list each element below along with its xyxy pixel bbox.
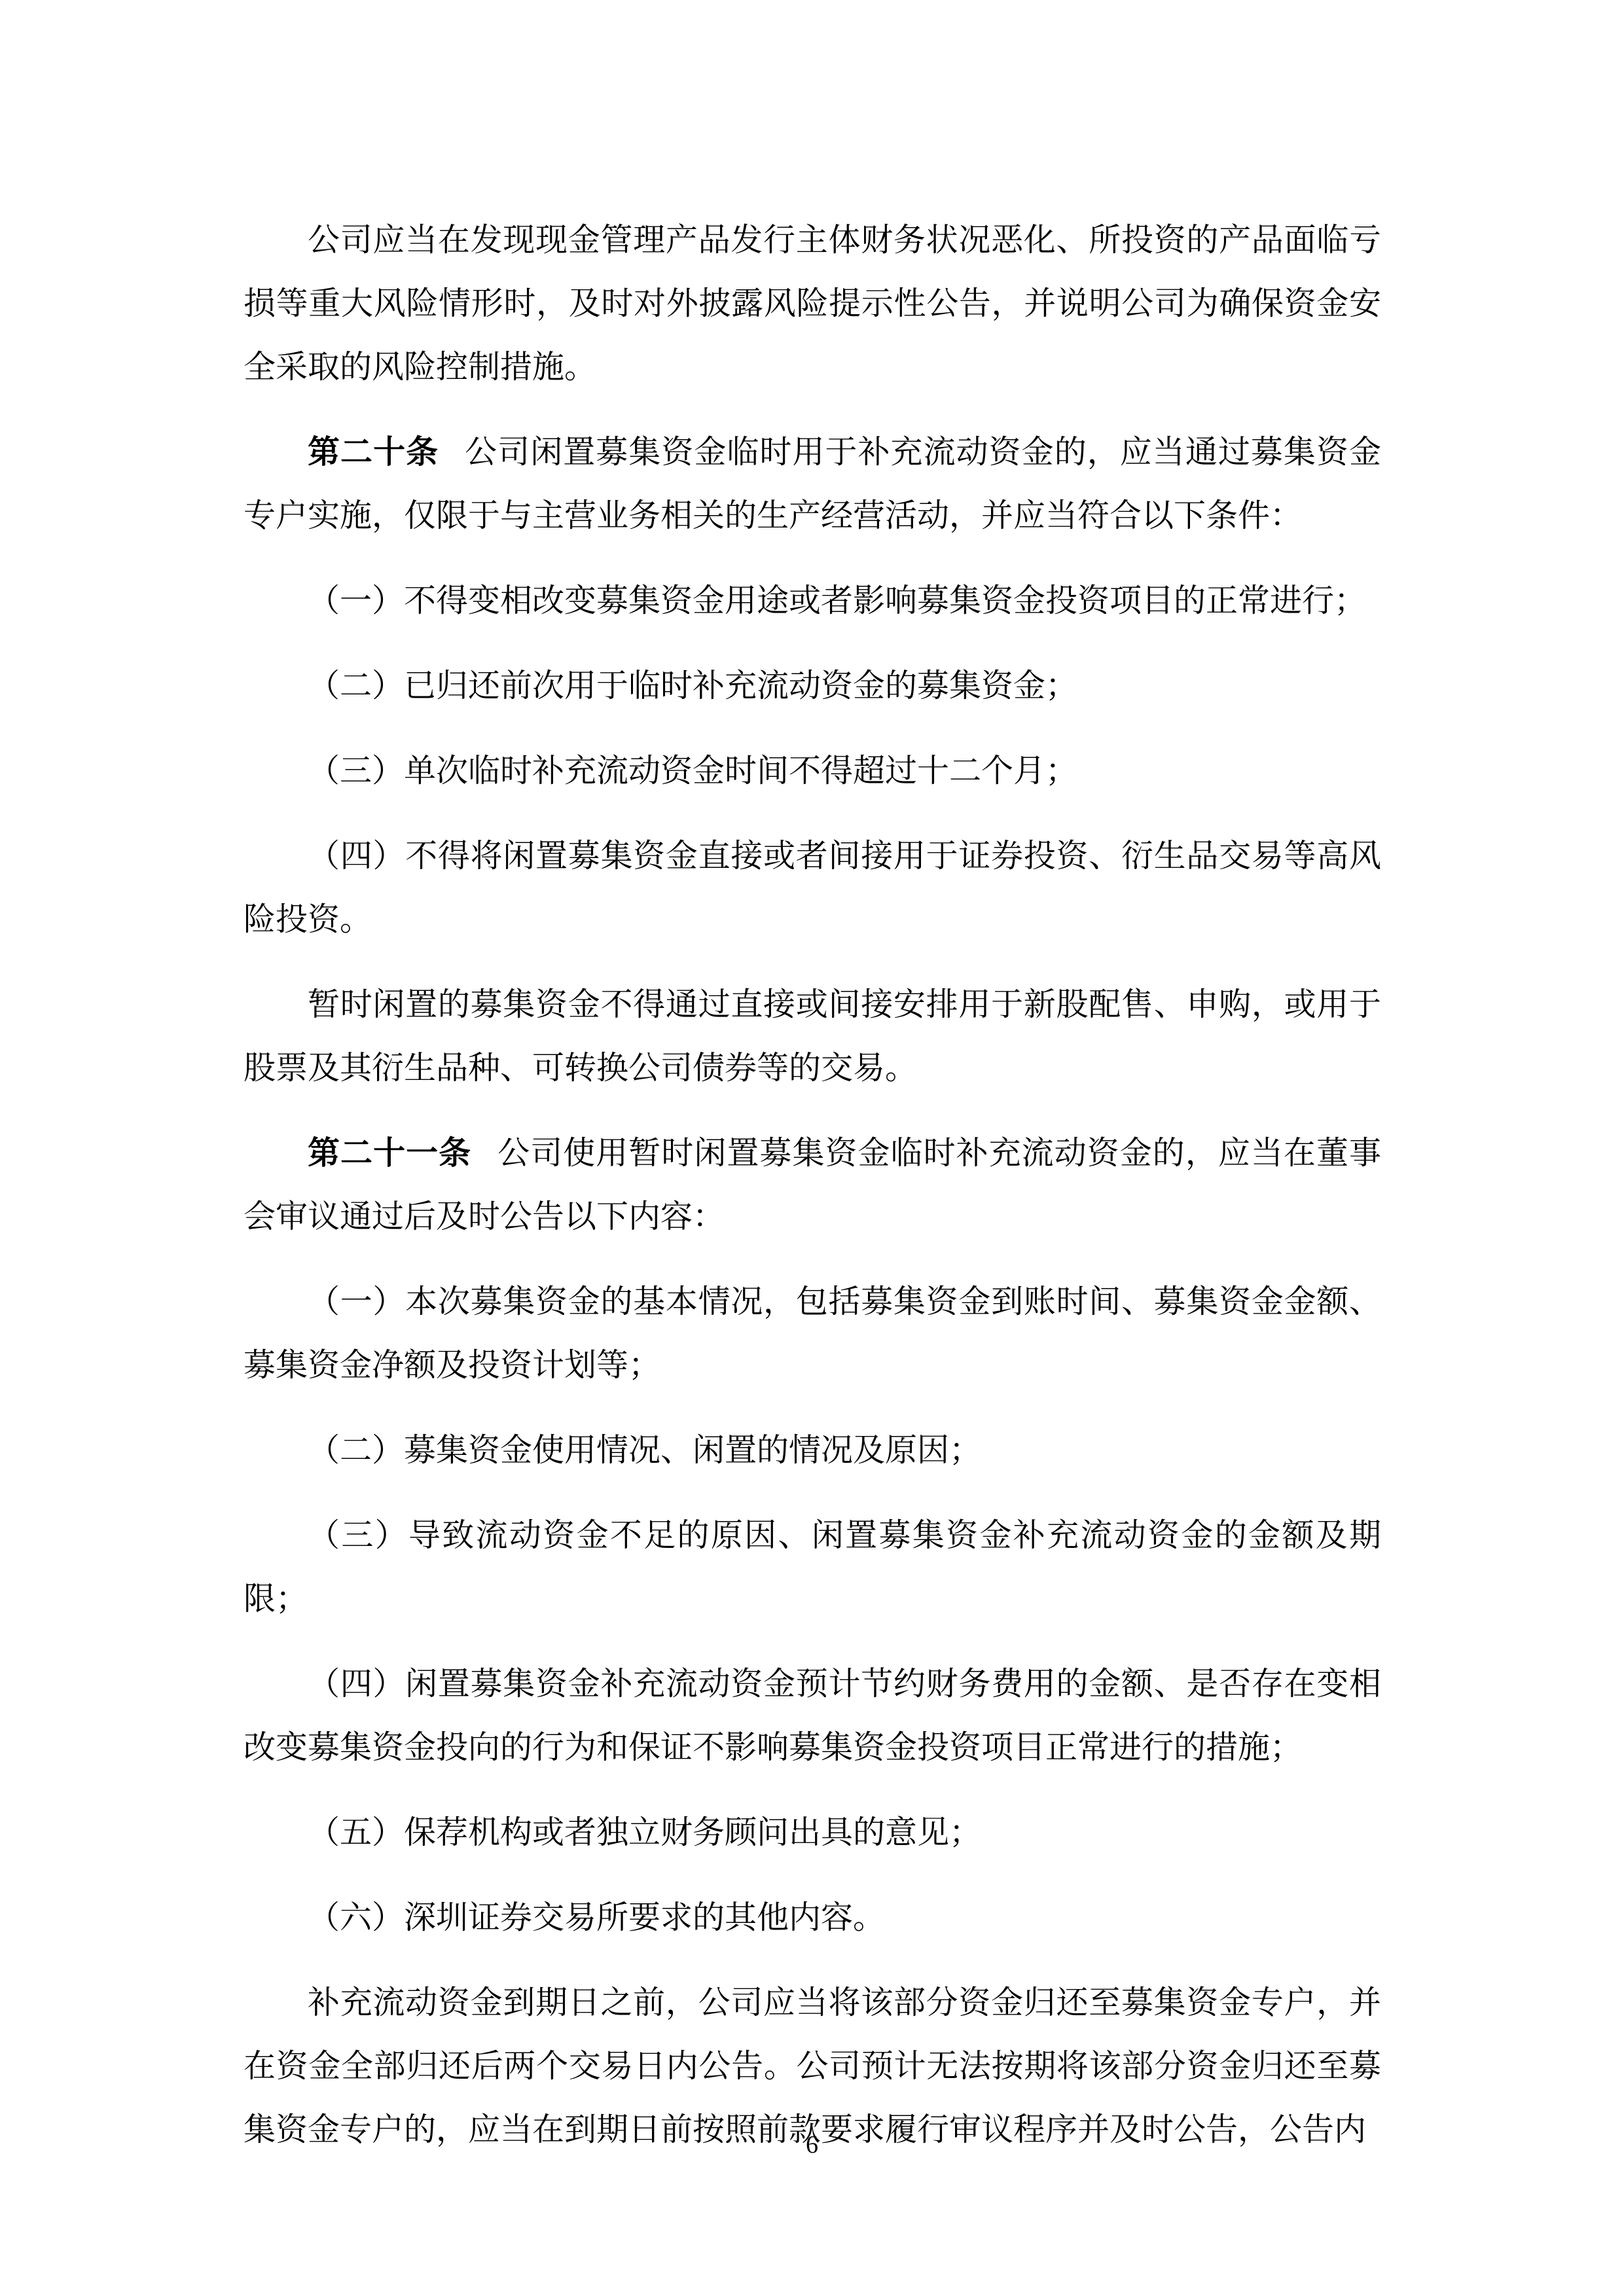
- item-text: （四）闲置募集资金补充流动资金预计节约财务费用的金额、是否存在变相改变募集资金投…: [244, 1665, 1381, 1766]
- article-21-item-1: （一）本次募集资金的基本情况，包括募集资金到账时间、募集资金金额、募集资金净额及…: [244, 1270, 1381, 1397]
- article-20-item-1: （一）不得变相改变募集资金用途或者影响募集资金投资项目的正常进行；: [244, 569, 1381, 632]
- article-21-item-4: （四）闲置募集资金补充流动资金预计节约财务费用的金额、是否存在变相改变募集资金投…: [244, 1652, 1381, 1779]
- article-21-item-3: （三）导致流动资金不足的原因、闲置募集资金补充流动资金的金额及期限；: [244, 1503, 1381, 1630]
- paragraph-text: 暂时闲置的募集资金不得通过直接或间接安排用于新股配售、申购，或用于股票及其衍生品…: [244, 986, 1381, 1086]
- document-page: 公司应当在发现现金管理产品发行主体财务状况恶化、所投资的产品面临亏损等重大风险情…: [244, 208, 1381, 2183]
- article-21-item-5: （五）保荐机构或者独立财务顾问出具的意见；: [244, 1801, 1381, 1864]
- article-20-item-4: （四）不得将闲置募集资金直接或者间接用于证券投资、衍生品交易等高风险投资。: [244, 824, 1381, 951]
- item-text: （二）已归还前次用于临时补充流动资金的募集资金；: [308, 667, 1077, 704]
- paragraph-text: 公司应当在发现现金管理产品发行主体财务状况恶化、所投资的产品面临亏损等重大风险情…: [244, 221, 1381, 386]
- article-label: 第二十条: [308, 433, 439, 471]
- article-21-item-2: （二）募集资金使用情况、闲置的情况及原因；: [244, 1418, 1381, 1482]
- article-20-item-2: （二）已归还前次用于临时补充流动资金的募集资金；: [244, 654, 1381, 717]
- item-text: （二）募集资金使用情况、闲置的情况及原因；: [308, 1431, 981, 1469]
- item-text: （一）本次募集资金的基本情况，包括募集资金到账时间、募集资金金额、募集资金净额及…: [244, 1283, 1381, 1384]
- item-text: （六）深圳证券交易所要求的其他内容。: [308, 1899, 885, 1936]
- article-21: 第二十一条公司使用暂时闲置募集资金临时补充流动资金的，应当在董事会审议通过后及时…: [244, 1121, 1381, 1248]
- paragraph-text: 补充流动资金到期日之前，公司应当将该部分资金归还至募集资金专户，并在资金全部归还…: [244, 1984, 1381, 2148]
- item-text: （一）不得变相改变募集资金用途或者影响募集资金投资项目的正常进行；: [308, 582, 1366, 619]
- article-20: 第二十条公司闲置募集资金临时用于补充流动资金的，应当通过募集资金专户实施，仅限于…: [244, 420, 1381, 547]
- paragraph-risk-disclosure: 公司应当在发现现金管理产品发行主体财务状况恶化、所投资的产品面临亏损等重大风险情…: [244, 208, 1381, 399]
- item-text: （三）导致流动资金不足的原因、闲置募集资金补充流动资金的金额及期限；: [244, 1516, 1381, 1617]
- article-label: 第二十一条: [308, 1134, 471, 1172]
- article-21-item-6: （六）深圳证券交易所要求的其他内容。: [244, 1886, 1381, 1949]
- item-text: （五）保荐机构或者独立财务顾问出具的意见；: [308, 1814, 981, 1851]
- article-20-item-3: （三）单次临时补充流动资金时间不得超过十二个月；: [244, 739, 1381, 802]
- item-text: （三）单次临时补充流动资金时间不得超过十二个月；: [308, 752, 1077, 789]
- paragraph-idle-funds-restriction: 暂时闲置的募集资金不得通过直接或间接安排用于新股配售、申购，或用于股票及其衍生品…: [244, 973, 1381, 1100]
- item-text: （四）不得将闲置募集资金直接或者间接用于证券投资、衍生品交易等高风险投资。: [244, 837, 1381, 938]
- page-number: 6: [0, 2130, 1624, 2159]
